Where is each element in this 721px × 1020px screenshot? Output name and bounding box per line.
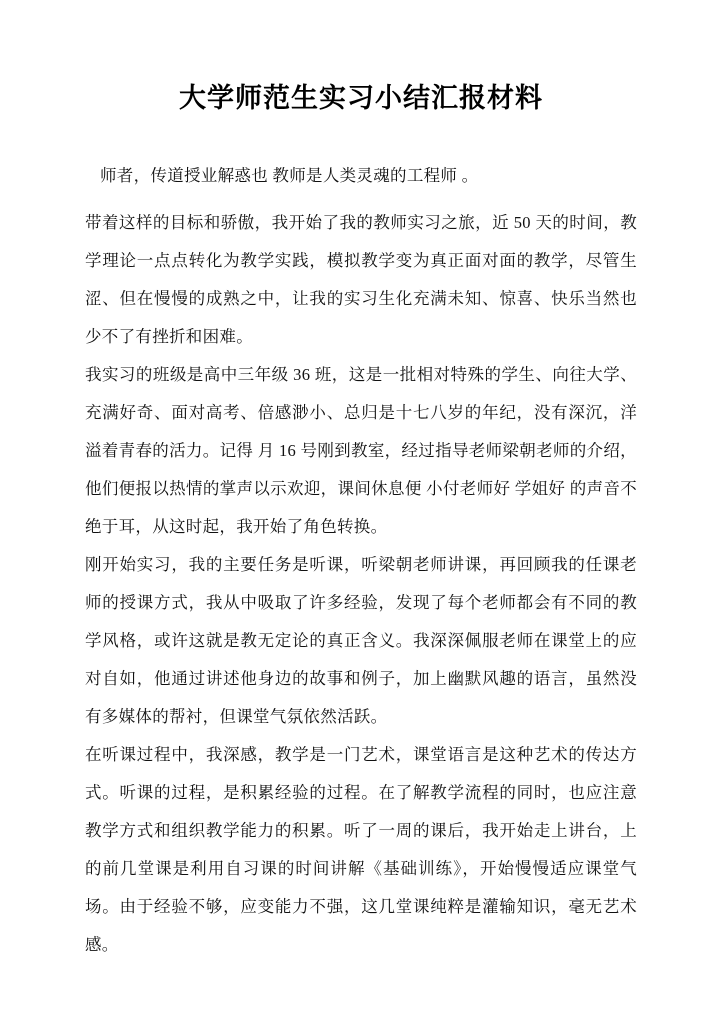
paragraph: 师者，传道授业解惑也 教师是人类灵魂的工程师 。	[85, 157, 637, 195]
paragraph: 在听课过程中，我深感，教学是一门艺术，课堂语言是这种艺术的传达方式。听课的过程，…	[85, 736, 637, 964]
document-title: 大学师范生实习小结汇报材料	[85, 80, 637, 116]
paragraph: 刚开始实习，我的主要任务是听课，听梁朝老师讲课，再回顾我的任课老师的授课方式，我…	[85, 546, 637, 736]
paragraph: 带着这样的目标和骄傲，我开始了我的教师实习之旅，近 50 天的时间，教学理论一点…	[85, 204, 637, 356]
document-body: 师者，传道授业解惑也 教师是人类灵魂的工程师 。带着这样的目标和骄傲，我开始了我…	[85, 157, 637, 964]
paragraph: 我实习的班级是高中三年级 36 班，这是一批相对特殊的学生、向往大学、充满好奇、…	[85, 356, 637, 546]
document-page: 大学师范生实习小结汇报材料 师者，传道授业解惑也 教师是人类灵魂的工程师 。带着…	[0, 0, 721, 1020]
